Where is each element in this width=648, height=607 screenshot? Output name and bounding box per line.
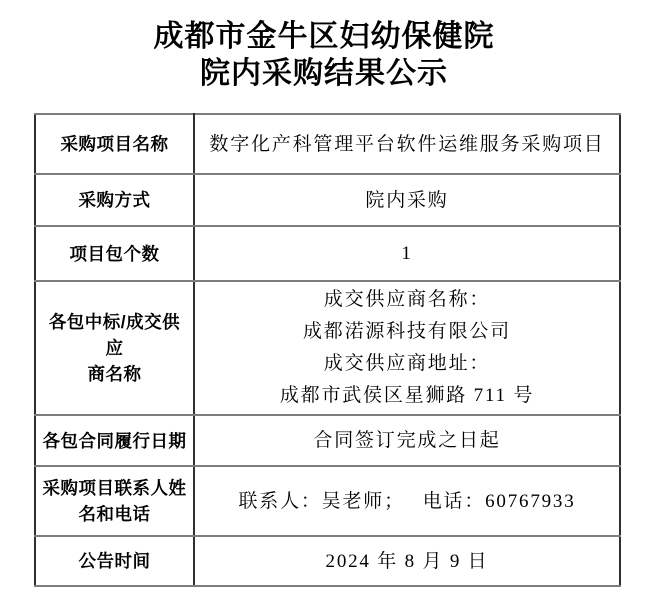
- contact-and-phone: 联系人：吴老师； 电话：60767933: [199, 486, 615, 517]
- label-text: 采购项目名称: [40, 131, 189, 157]
- row-label-project-name: 采购项目名称: [35, 114, 194, 174]
- row-value-package-count: 1: [194, 226, 620, 281]
- procurement-result-table: 采购项目名称 数字化产科管理平台软件运维服务采购项目 采购方式 院内采购 项目包…: [34, 113, 621, 587]
- row-value-contact-info: 联系人：吴老师； 电话：60767933: [194, 466, 620, 536]
- table-row-package-count: 项目包个数 1: [35, 226, 620, 281]
- row-value-project-name: 数字化产科管理平台软件运维服务采购项目: [194, 114, 620, 174]
- value-text: 院内采购: [199, 185, 615, 216]
- row-value-announcement-date: 2024 年 8 月 9 日: [194, 536, 620, 586]
- document-title: 成都市金牛区妇幼保健院 院内采购结果公示: [0, 18, 648, 92]
- row-label-contract-period: 各包合同履行日期: [35, 415, 194, 466]
- row-label-announcement-date: 公告时间: [35, 536, 194, 586]
- label-text: 采购项目联系人姓: [40, 475, 189, 501]
- label-text: 采购方式: [40, 187, 189, 213]
- supplier-address-heading: 成交供应商地址：: [199, 348, 615, 380]
- row-label-procurement-method: 采购方式: [35, 174, 194, 226]
- row-label-package-count: 项目包个数: [35, 226, 194, 281]
- table-row-winning-supplier: 各包中标/成交供应 商名称 成交供应商名称： 成都渃源科技有限公司 成交供应商地…: [35, 281, 620, 415]
- label-text: 公告时间: [40, 548, 189, 574]
- label-text: 各包中标/成交供应: [40, 309, 189, 361]
- title-line-1: 成都市金牛区妇幼保健院: [0, 18, 648, 55]
- label-text: 项目包个数: [40, 241, 189, 267]
- supplier-address: 成都市武侯区星狮路 711 号: [199, 380, 615, 412]
- label-text: 各包合同履行日期: [40, 428, 189, 454]
- table-row-contact-info: 采购项目联系人姓 名和电话 联系人：吴老师； 电话：60767933: [35, 466, 620, 536]
- label-text: 商名称: [40, 361, 189, 387]
- supplier-name: 成都渃源科技有限公司: [199, 316, 615, 348]
- value-text: 数字化产科管理平台软件运维服务采购项目: [199, 129, 615, 160]
- table-row-announcement-date: 公告时间 2024 年 8 月 9 日: [35, 536, 620, 586]
- label-text: 名和电话: [40, 501, 189, 527]
- row-label-contact-info: 采购项目联系人姓 名和电话: [35, 466, 194, 536]
- row-value-contract-period: 合同签订完成之日起: [194, 415, 620, 466]
- value-text: 合同签订完成之日起: [199, 425, 615, 456]
- announcement-document: 成都市金牛区妇幼保健院 院内采购结果公示 采购项目名称 数字化产科管理平台软件运…: [0, 0, 648, 607]
- value-text: 1: [199, 238, 615, 269]
- table-row-project-name: 采购项目名称 数字化产科管理平台软件运维服务采购项目: [35, 114, 620, 174]
- announcement-date: 2024 年 8 月 9 日: [199, 546, 615, 577]
- row-value-winning-supplier: 成交供应商名称： 成都渃源科技有限公司 成交供应商地址： 成都市武侯区星狮路 7…: [194, 281, 620, 415]
- supplier-name-heading: 成交供应商名称：: [199, 284, 615, 316]
- title-line-2: 院内采购结果公示: [0, 55, 648, 92]
- row-value-procurement-method: 院内采购: [194, 174, 620, 226]
- table-row-procurement-method: 采购方式 院内采购: [35, 174, 620, 226]
- table-row-contract-period: 各包合同履行日期 合同签订完成之日起: [35, 415, 620, 466]
- row-label-winning-supplier: 各包中标/成交供应 商名称: [35, 281, 194, 415]
